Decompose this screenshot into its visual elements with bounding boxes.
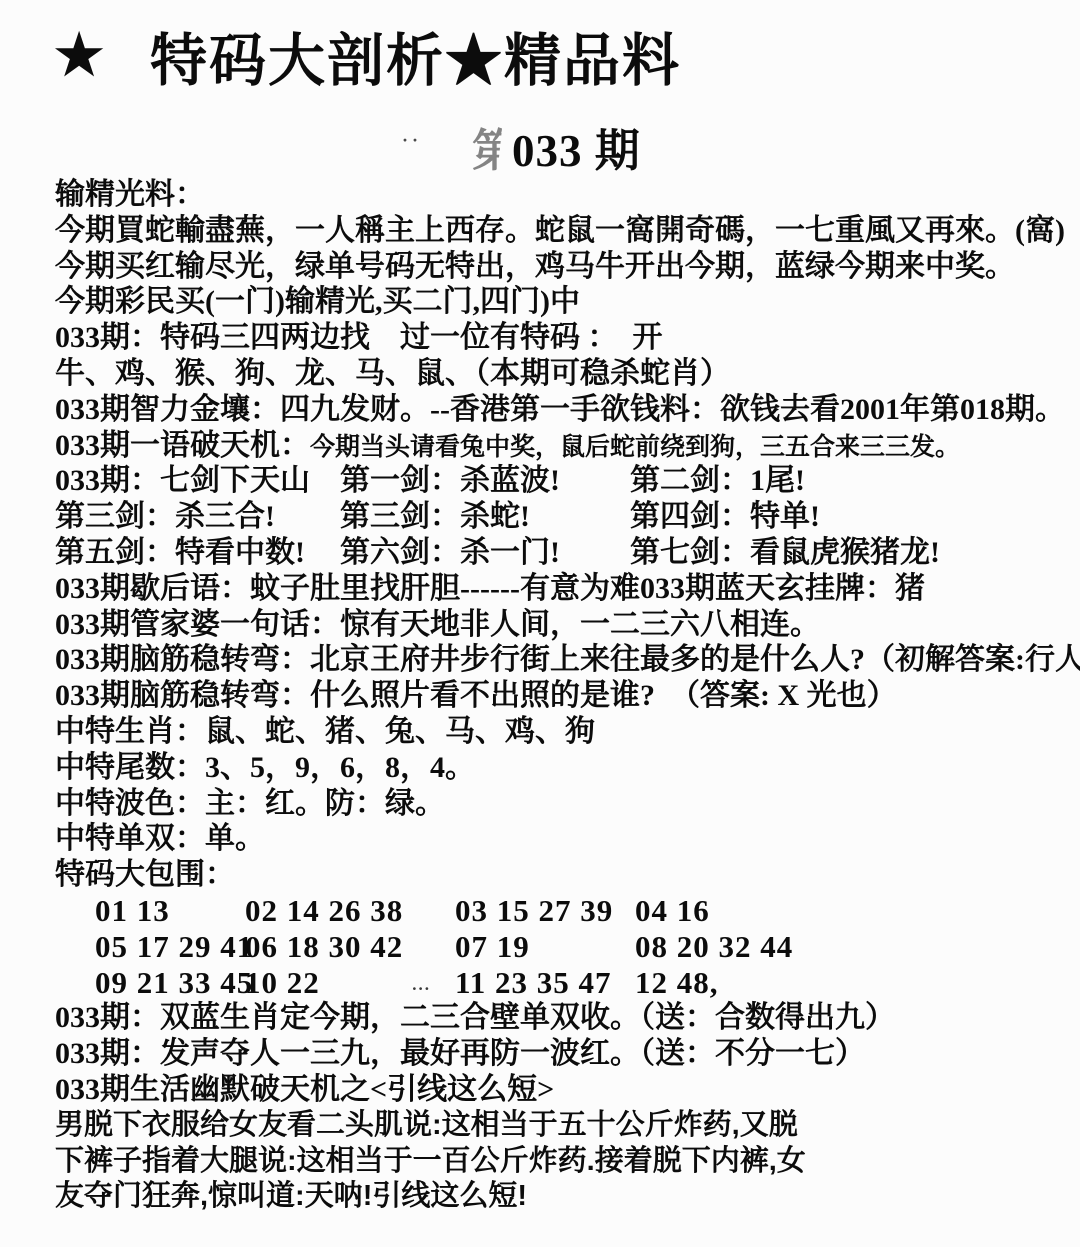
number-group: 06 18 30 42 — [245, 929, 455, 965]
issue-heading: ·· 第 033 期 — [0, 110, 1080, 166]
tip-line-housekeeper: 033期管家婆一句话：惊有天地非人间，一二三六八相连。 — [55, 607, 1074, 643]
print-smudge-dots: ·· — [402, 130, 422, 151]
issue-number: 033 期 — [512, 114, 641, 179]
sword-cell: 第六剑：杀一门! — [340, 535, 630, 571]
secret-text: 今期当头请看兔中奖，鼠后蛇前绕到狗，三五合来三三发。 — [310, 434, 960, 461]
tip-line-double-blue: 033期：双蓝生肖定今期，二三合壁单双收。（送：合数得出九） — [55, 1000, 1074, 1036]
tip-line-brainteaser-2: 033期脑筋稳转弯：什么照片看不出照的是谁? （答案: X 光也） — [55, 678, 1074, 714]
sword-cell: 第四剑：特单! — [630, 499, 820, 535]
tip-line-voice: 033期：发声夺人一三九，最好再防一波红。（送：不分一七） — [55, 1036, 1074, 1072]
tip-line-wave-color: 中特波色：主：红。防：绿。 — [55, 786, 1074, 822]
number-group: 03 15 27 39 — [455, 893, 635, 929]
swords-row-2: 第三剑：杀三合! 第三剑：杀蛇! 第四剑：特单! — [55, 499, 1074, 535]
tip-line-doors: 今期彩民买(一门)输精光,买二门,四门)中 — [55, 284, 1074, 320]
number-group: 05 17 29 41 — [95, 929, 245, 965]
joke-line-2: 下裤子指着大腿说:这相当于一百公斤炸药.接着脱下内裤,女 — [55, 1144, 1074, 1180]
number-grid-row-3: 09 21 33 45 10 22 ... 11 23 35 47 12 48, — [55, 965, 1074, 1001]
tip-line-traditional: 今期買蛇輸盡蕪，一人稱主上西存。蛇鼠一窩開奇碼，一七重風又再來。(窩) — [55, 213, 1074, 249]
tip-line-brainteaser-1: 033期脑筋稳转弯：北京王府井步行街上来往最多的是什么人?（初解答案:行人） — [55, 642, 1074, 678]
tip-line-special-code: 033期：特码三四两边找 过一位有特码 ： 开 — [55, 320, 1074, 356]
number-grid-row-1: 01 13 02 14 26 38 03 15 27 39 04 16 — [55, 893, 1074, 929]
number-group-text: 10 22 — [245, 965, 320, 1000]
tip-line-tail-numbers: 中特尾数：3、5，9，6，8，4。 — [55, 750, 1074, 786]
issue-partial-char: 第 — [472, 114, 517, 179]
number-group: 10 22 ... — [245, 965, 455, 1001]
tip-line-zodiac-list: 牛、鸡、猴、狗、龙、马、鼠、（本期可稳杀蛇肖） — [55, 356, 1074, 392]
swords-row-1: 033期：七剑下天山 第一剑：杀蓝波! 第二剑：1尾! — [55, 463, 1074, 499]
sword-cell: 第三剑：杀蛇! — [340, 499, 630, 535]
star-icon: ★ — [54, 26, 104, 86]
print-smudge-dots: ... — [412, 967, 431, 1003]
lottery-tip-sheet: ★ 特码大剖析★精品料 ·· 第 033 期 输精光料： 今期買蛇輸盡蕪，一人稱… — [0, 0, 1080, 1247]
sword-cell: 033期：七剑下天山 — [55, 463, 340, 499]
section-label-number-spread: 特码大包围： — [55, 857, 1074, 893]
number-group: 11 23 35 47 — [455, 965, 635, 1001]
sword-cell: 第五剑：特看中数! — [55, 535, 340, 571]
tip-line-zodiac-hit: 中特生肖：鼠、蛇、猪、兔、马、鸡、狗 — [55, 714, 1074, 750]
number-group: 04 16 — [635, 893, 710, 929]
swords-row-3: 第五剑：特看中数! 第六剑：杀一门! 第七剑：看鼠虎猴猪龙! — [55, 535, 1074, 571]
tip-line-secret: 033期一语破天机：今期当头请看兔中奖，鼠后蛇前绕到狗，三五合来三三发。 — [55, 428, 1074, 464]
secret-label: 033期一语破天机： — [55, 429, 310, 462]
page-title: 特码大剖析★精品料 — [150, 30, 681, 94]
number-group: 01 13 — [95, 893, 245, 929]
joke-line-1: 男脱下衣服给女友看二头肌说:这相当于五十公斤炸药,又脱 — [55, 1108, 1074, 1144]
number-group: 07 19 — [455, 929, 635, 965]
humor-title: 033期生活幽默破天机之<引线这么短> — [55, 1072, 1074, 1108]
sword-cell: 第七剑：看鼠虎猴猪龙! — [630, 535, 940, 571]
number-group: 12 48, — [635, 965, 719, 1001]
tip-content: 输精光料： 今期買蛇輸盡蕪，一人稱主上西存。蛇鼠一窩開奇碼，一七重風又再來。(窩… — [55, 177, 1074, 1215]
number-grid-row-2: 05 17 29 41 06 18 30 42 07 19 08 20 32 4… — [55, 929, 1074, 965]
section-label-material: 输精光料： — [55, 177, 1074, 213]
number-group: 02 14 26 38 — [245, 893, 455, 929]
tip-line-colors: 今期买红输尽光，绿单号码无特出，鸡马牛开出今期，蓝绿今期来中奖。 — [55, 249, 1074, 285]
tip-line-riddle: 033期歇后语：蚊子肚里找肝胆------有意为难033期蓝天玄挂牌：猪 — [55, 571, 1074, 607]
number-group: 08 20 32 44 — [635, 929, 793, 965]
sword-cell: 第二剑：1尾! — [630, 463, 805, 499]
number-group: 09 21 33 45 — [95, 965, 245, 1001]
tip-line-wisdom: 033期智力金壤：四九发财。--香港第一手欲钱料：欲钱去看2001年第018期。 — [55, 392, 1074, 428]
sword-cell: 第一剑：杀蓝波! — [340, 463, 630, 499]
joke-line-3: 友夺门狂奔,惊叫道:天呐!引线这么短! — [55, 1179, 1074, 1215]
sword-cell: 第三剑：杀三合! — [55, 499, 340, 535]
tip-line-odd-even: 中特单双：单。 — [55, 821, 1074, 857]
